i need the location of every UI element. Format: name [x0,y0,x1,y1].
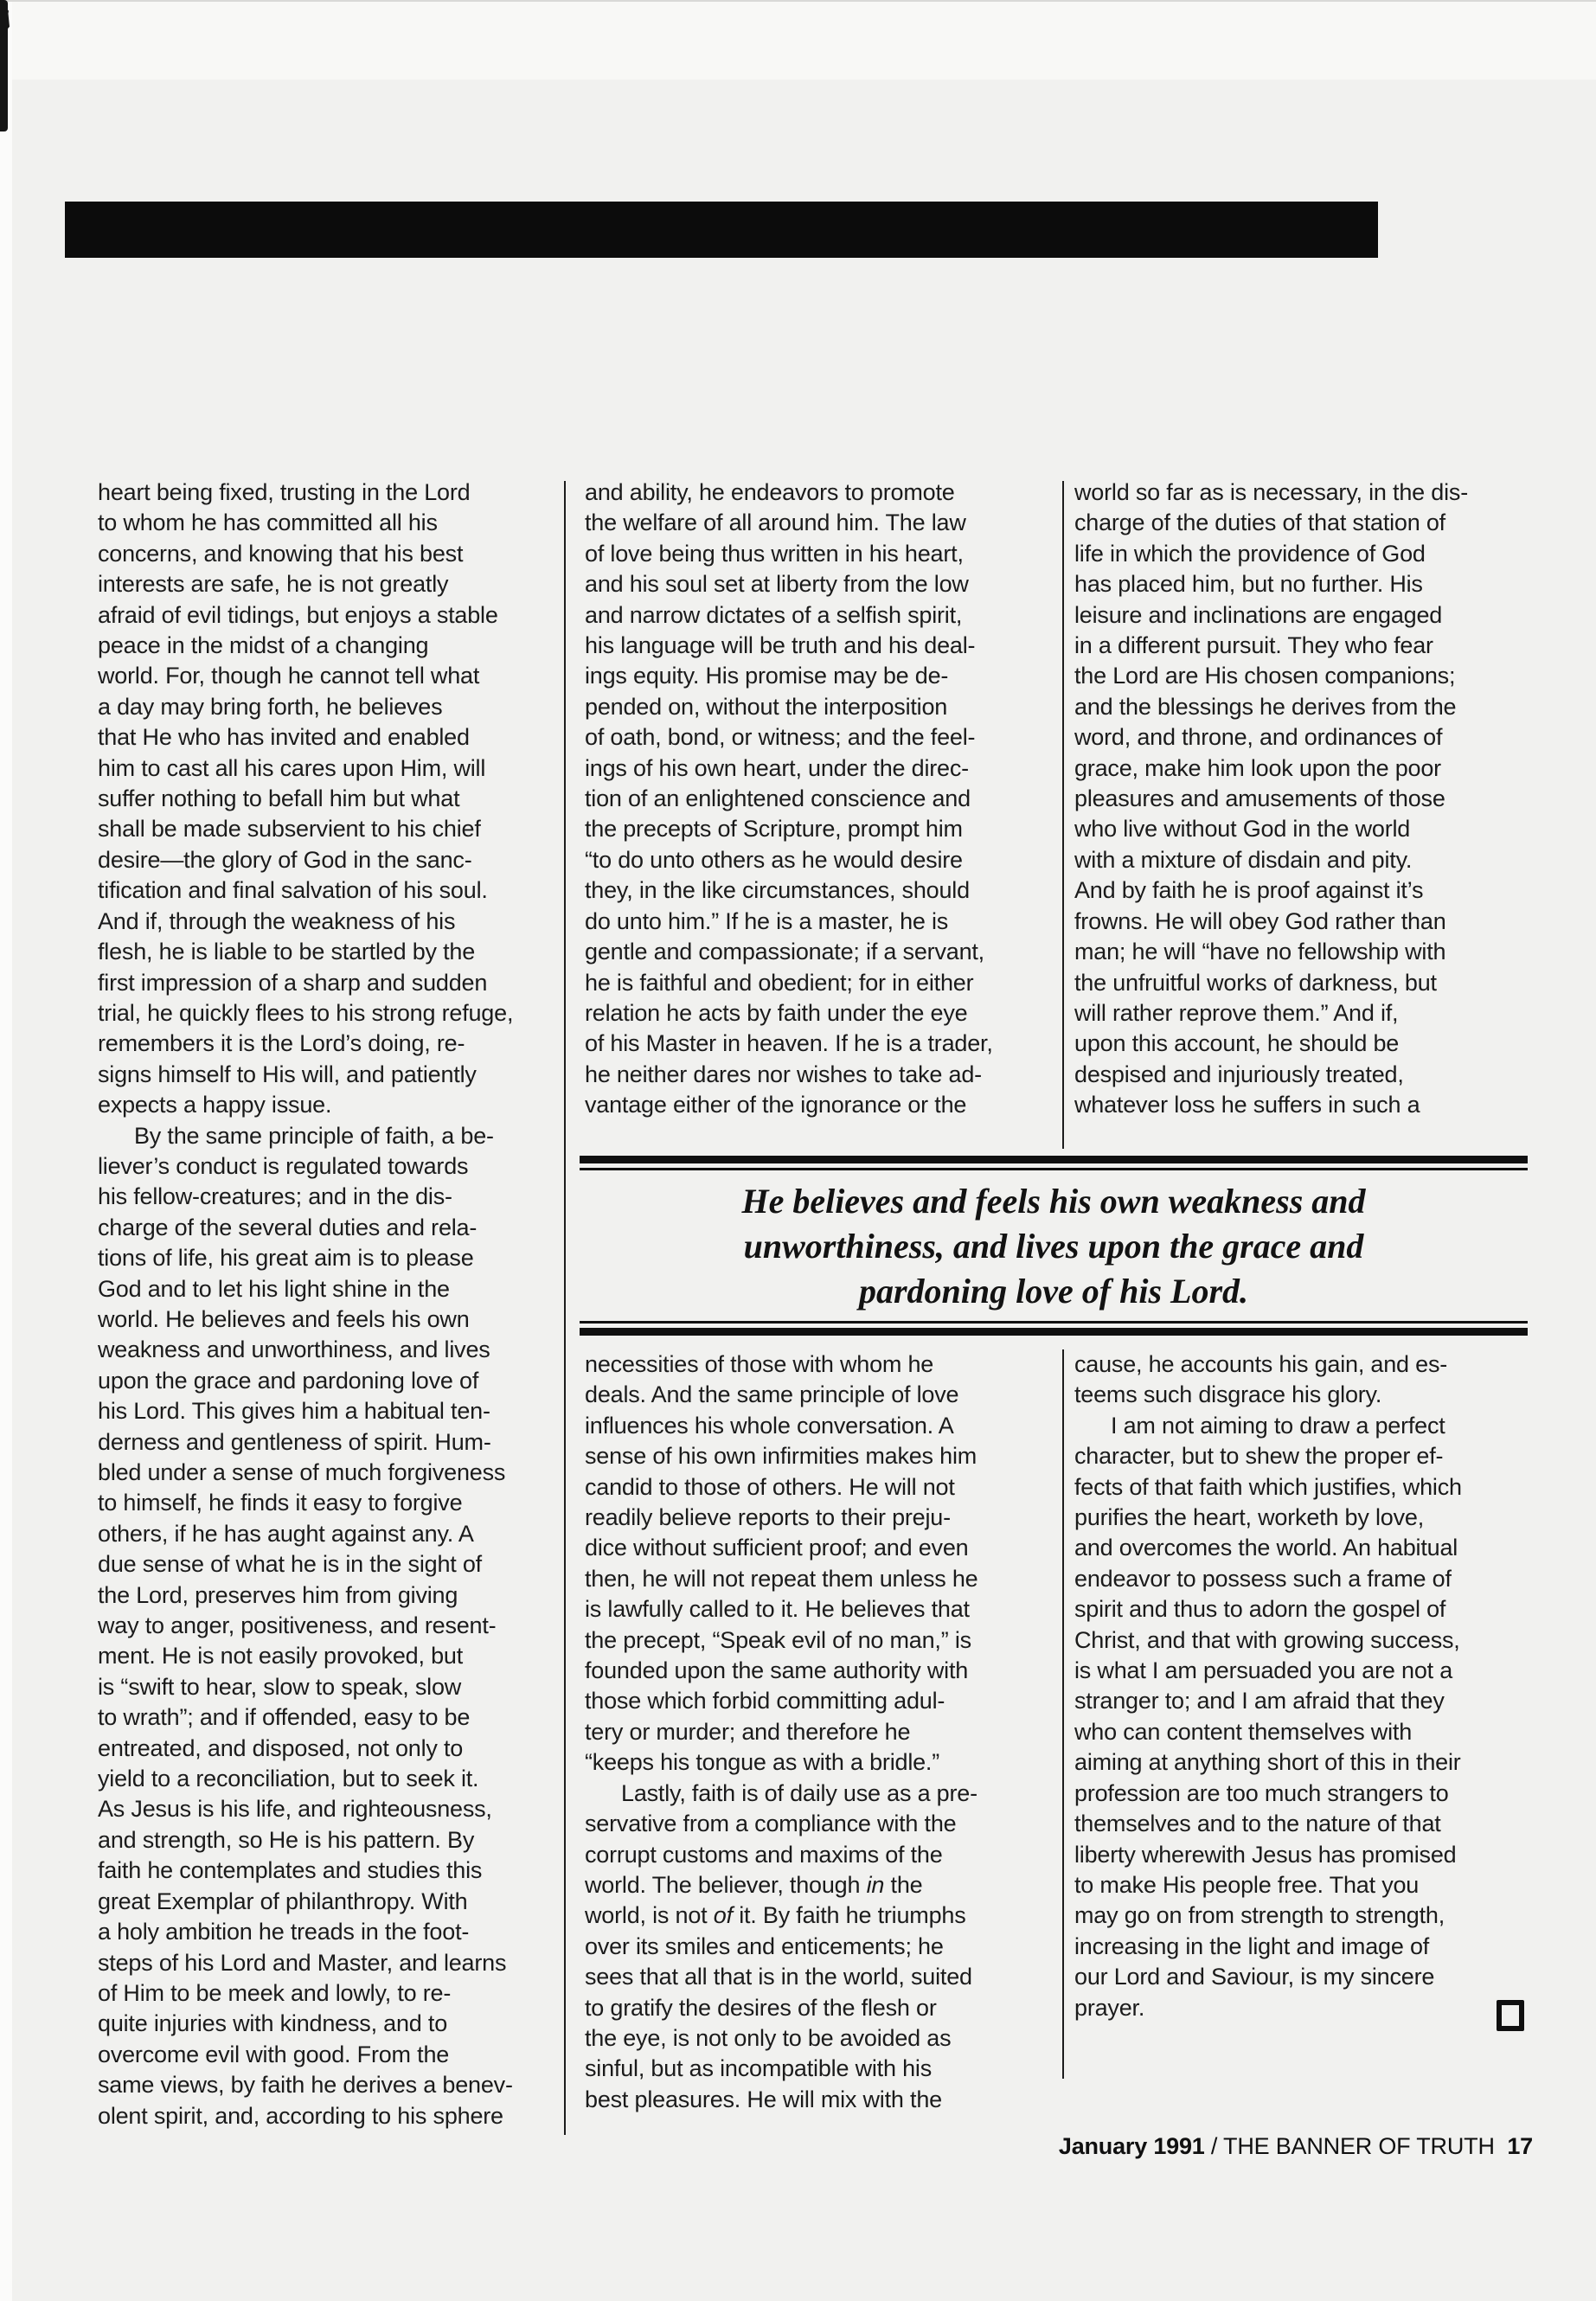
text-line: And by faith he is proof against it’s [1074,875,1546,906]
text-line: suffer nothing to befall him but what [98,784,572,814]
text-line: him to cast all his cares upon Him, will [98,753,572,784]
text-line: sinful, but as incompatible with his [585,2054,1056,2084]
text-line: necessities of those with whom he [585,1349,1056,1380]
text-line: desire—the glory of God in the sanc- [98,845,572,875]
text-line: is lawfully called to it. He believes th… [585,1594,1056,1625]
column-divider [1062,481,1064,1149]
text-line: heart being fixed, trusting in the Lord [98,478,572,508]
text-line: stranger to; and I am afraid that they [1074,1686,1546,1716]
text-line: same views, by faith he derives a benev- [98,2070,572,2100]
text-line: pended on, without the interposition [585,692,1056,722]
page-footer: January 1991 / THE BANNER OF TRUTH 17 [1059,2133,1533,2160]
scan-top-band [0,0,1596,80]
footer-date: January 1991 [1059,2133,1205,2159]
column-divider [1062,1349,1064,2079]
text-line: to whom he has committed all his [98,508,572,538]
text-column-2-upper: and ability, he endeavors to promotethe … [585,478,1056,1121]
text-line: olent spirit, and, according to his sphe… [98,2101,572,2131]
text-column-3-upper: world so far as is necessary, in the dis… [1074,478,1546,1121]
text-line: He believes and feels his own weakness a… [580,1179,1528,1224]
pull-quote-text: He believes and feels his own weakness a… [580,1170,1528,1321]
text-line: unworthiness, and lives upon the grace a… [580,1224,1528,1269]
text-line: influences his whole conversation. A [585,1411,1056,1441]
text-line: dice without sufficient proof; and even [585,1533,1056,1563]
text-line: profession are too much strangers to [1074,1779,1546,1809]
text-line: And if, through the weakness of his [98,907,572,937]
text-line: steps of his Lord and Master, and learns [98,1948,572,1978]
text-line: his fellow-creatures; and in the dis- [98,1182,572,1212]
text-line: increasing in the light and image of [1074,1932,1546,1962]
column-divider [564,481,566,2135]
text-line: sense of his own infirmities makes him [585,1441,1056,1471]
text-line: derness and gentleness of spirit. Hum- [98,1427,572,1458]
text-column-1: heart being fixed, trusting in the Lordt… [98,478,572,2131]
footer-separator: / [1205,2133,1223,2159]
text-line: pardoning love of his Lord. [580,1269,1528,1314]
text-line: deals. And the same principle of love [585,1380,1056,1410]
text-line: the welfare of all around him. The law [585,508,1056,538]
text-line: and narrow dictates of a selfish spirit, [585,600,1056,631]
text-line: then, he will not repeat them unless he [585,1564,1056,1594]
text-line: Christ, and that with growing success, [1074,1625,1546,1656]
text-line: to make His people free. That you [1074,1870,1546,1900]
pull-quote-rule-thick [580,1156,1528,1163]
text-line: upon this account, he should be [1074,1029,1546,1059]
text-line: character, but to shew the proper ef- [1074,1441,1546,1471]
scan-left-edge [0,0,12,2301]
text-line: peace in the midst of a changing [98,631,572,661]
text-line: of Him to be meek and lowly, to re- [98,1978,572,2009]
text-line: trial, he quickly flees to his strong re… [98,998,572,1029]
text-line: frowns. He will obey God rather than [1074,907,1546,937]
text-line: and his soul set at liberty from the low [585,569,1056,599]
text-line: teems such disgrace his glory. [1074,1380,1546,1410]
text-line: has placed him, but no further. His [1074,569,1546,599]
text-line: over its smiles and enticements; he [585,1932,1056,1962]
text-line: is “swift to hear, slow to speak, slow [98,1672,572,1702]
text-line: yield to a reconciliation, but to seek i… [98,1764,572,1794]
text-line: entreated, and disposed, not only to [98,1734,572,1764]
black-header-bar [65,202,1378,258]
text-line: world, is not of it. By faith he triumph… [585,1900,1056,1931]
text-line: in a different pursuit. They who fear [1074,631,1546,661]
text-line: ings of his own heart, under the direc- [585,753,1056,784]
text-line: to wrath”; and if offended, easy to be [98,1702,572,1733]
text-line: grace, make him look upon the poor [1074,753,1546,784]
text-line: faith he contemplates and studies this [98,1856,572,1886]
text-line: his language will be truth and his deal- [585,631,1056,661]
pull-quote-rule-thin [580,1321,1528,1324]
text-line: those which forbid committing adul- [585,1686,1056,1716]
footer-page-number: 17 [1495,2133,1533,2159]
text-line: word, and throne, and ordinances of [1074,722,1546,753]
text-line: of his Master in heaven. If he is a trad… [585,1029,1056,1059]
text-line: expects a happy issue. [98,1090,572,1120]
text-line: ings equity. His promise may be de- [585,661,1056,691]
text-line: readily believe reports to their preju- [585,1503,1056,1533]
text-line: do unto him.” If he is a master, he is [585,907,1056,937]
text-column-3-lower: cause, he accounts his gain, and es-teem… [1074,1349,1546,2023]
text-line: afraid of evil tidings, but enjoys a sta… [98,600,572,631]
text-line: who can content themselves with [1074,1717,1546,1747]
text-line: first impression of a sharp and sudden [98,968,572,998]
text-line: gentle and compassionate; if a servant, [585,937,1056,967]
text-line: and ability, he endeavors to promote [585,478,1056,508]
text-line: purifies the heart, worketh by love, [1074,1503,1546,1533]
text-line: aiming at anything short of this in thei… [1074,1747,1546,1778]
text-line: the unfruitful works of darkness, but [1074,968,1546,998]
text-line: others, if he has aught against any. A [98,1519,572,1549]
text-line: flesh, he is liable to be startled by th… [98,937,572,967]
text-line: the precept, “Speak evil of no man,” is [585,1625,1056,1656]
text-line: the Lord, preserves him from giving [98,1580,572,1611]
text-line: weakness and unworthiness, and lives [98,1335,572,1365]
text-line: interests are safe, he is not greatly [98,569,572,599]
scan-fold-line [0,0,1596,2]
text-line: fects of that faith which justifies, whi… [1074,1472,1546,1503]
text-line: concerns, and knowing that his best [98,539,572,569]
text-line: corrupt customs and maxims of the [585,1840,1056,1870]
text-line: As Jesus is his life, and righteousness, [98,1794,572,1824]
text-line: “to do unto others as he would desire [585,845,1056,875]
text-line: Lastly, faith is of daily use as a pre- [585,1779,1056,1809]
text-line: sees that all that is in the world, suit… [585,1962,1056,1992]
text-line: and strength, so He is his pattern. By [98,1825,572,1856]
text-line: prayer. [1074,1993,1546,2023]
text-line: of oath, bond, or witness; and the feel- [585,722,1056,753]
text-line: the precepts of Scripture, prompt him [585,814,1056,844]
text-line: themselves and to the nature of that [1074,1809,1546,1839]
text-line: signs himself to His will, and patiently [98,1060,572,1090]
text-line: of love being thus written in his heart, [585,539,1056,569]
text-line: due sense of what he is in the sight of [98,1549,572,1580]
text-line: spirit and thus to adorn the gospel of [1074,1594,1546,1625]
text-line: quite injuries with kindness, and to [98,2009,572,2039]
text-line: and the blessings he derives from the [1074,692,1546,722]
text-line: with a mixture of disdain and pity. [1074,845,1546,875]
text-line: bled under a sense of much forgiveness [98,1458,572,1488]
text-line: remembers it is the Lord’s doing, re- [98,1029,572,1059]
text-line: our Lord and Saviour, is my sincere [1074,1962,1546,1992]
pull-quote: He believes and feels his own weakness a… [580,1156,1528,1336]
text-line: he is faithful and obedient; for in eith… [585,968,1056,998]
text-line: relation he acts by faith under the eye [585,998,1056,1029]
text-line: he neither dares nor wishes to take ad- [585,1060,1056,1090]
text-line: is what I am persuaded you are not a [1074,1656,1546,1686]
text-line: servative from a compliance with the [585,1809,1056,1839]
text-line: overcome evil with good. From the [98,2040,572,2070]
text-line: way to anger, positiveness, and resent- [98,1611,572,1641]
pull-quote-rule-thick [580,1328,1528,1336]
text-line: founded upon the same authority with [585,1656,1056,1686]
text-line: the Lord are His chosen companions; [1074,661,1546,691]
text-line: a day may bring forth, he believes [98,692,572,722]
text-line: charge of the duties of that station of [1074,508,1546,538]
text-line: tions of life, his great aim is to pleas… [98,1243,572,1273]
text-line: liberty wherewith Jesus has promised [1074,1840,1546,1870]
text-line: world so far as is necessary, in the dis… [1074,478,1546,508]
text-line: a holy ambition he treads in the foot- [98,1917,572,1947]
text-line: vantage either of the ignorance or the [585,1090,1056,1120]
text-line: world. He believes and feels his own [98,1304,572,1335]
text-line: “keeps his tongue as with a bridle.” [585,1747,1056,1778]
magazine-page: heart being fixed, trusting in the Lordt… [0,0,1596,2301]
text-line: may go on from strength to strength, [1074,1900,1546,1931]
text-line: endeavor to possess such a frame of [1074,1564,1546,1594]
text-line: charge of the several duties and rela- [98,1213,572,1243]
text-line: and overcomes the world. An habitual [1074,1533,1546,1563]
text-line: to gratify the desires of the flesh or [585,1993,1056,2023]
text-line: great Exemplar of philanthropy. With [98,1887,572,1917]
text-line: pleasures and amusements of those [1074,784,1546,814]
text-line: they, in the like circumstances, should [585,875,1056,906]
text-line: world. For, though he cannot tell what [98,661,572,691]
text-line: who live without God in the world [1074,814,1546,844]
text-line: that He who has invited and enabled [98,722,572,753]
end-of-article-icon [1497,2000,1524,2031]
text-line: By the same principle of faith, a be- [98,1121,572,1151]
text-line: will rather reprove them.” And if, [1074,998,1546,1029]
text-line: shall be made subservient to his chief [98,814,572,844]
text-line: I am not aiming to draw a perfect [1074,1411,1546,1441]
footer-magazine-title: THE BANNER OF TRUTH [1223,2133,1495,2159]
text-line: life in which the providence of God [1074,539,1546,569]
text-line: liever’s conduct is regulated towards [98,1151,572,1182]
text-line: man; he will “have no fellowship with [1074,937,1546,967]
text-line: ment. He is not easily provoked, but [98,1641,572,1671]
text-line: his Lord. This gives him a habitual ten- [98,1396,572,1426]
text-column-2-lower: necessities of those with whom hedeals. … [585,1349,1056,2115]
text-line: the eye, is not only to be avoided as [585,2023,1056,2054]
pull-quote-bottom-rules [580,1321,1528,1336]
text-line: candid to those of others. He will not [585,1472,1056,1503]
text-line: best pleasures. He will mix with the [585,2085,1056,2115]
text-line: tion of an enlightened conscience and [585,784,1056,814]
text-line: God and to let his light shine in the [98,1274,572,1304]
text-line: leisure and inclinations are engaged [1074,600,1546,631]
text-line: tification and final salvation of his so… [98,875,572,906]
text-line: tery or murder; and therefore he [585,1717,1056,1747]
text-line: cause, he accounts his gain, and es- [1074,1349,1546,1380]
text-line: world. The believer, though in the [585,1870,1056,1900]
text-line: to himself, he finds it easy to forgive [98,1488,572,1518]
text-line: whatever loss he suffers in such a [1074,1090,1546,1120]
text-line: upon the grace and pardoning love of [98,1366,572,1396]
text-line: despised and injuriously treated, [1074,1060,1546,1090]
